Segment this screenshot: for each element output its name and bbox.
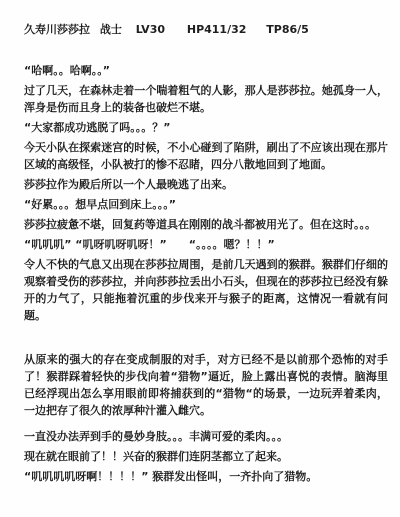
level-indicator: LV30 [136, 23, 165, 37]
tp-indicator: TP86/5 [266, 23, 309, 37]
story-paragraph-narration: 现在就在眼前了！！兴奋的猴群们连阴茎都立了起来。 [24, 448, 388, 465]
story-paragraph-dialogue: “大家都成功逃脱了吗。。。？” [24, 119, 388, 136]
story-section: 一直没办法弄到手的曼妙身肢。。。丰满可爱的柔肉。。。现在就在眼前了！！兴奋的猴群… [24, 428, 388, 485]
hp-indicator: HP411/32 [187, 23, 247, 37]
story-paragraph-narration: 一直没办法弄到手的曼妙身肢。。。丰满可爱的柔肉。。。 [24, 428, 388, 445]
story-paragraph-narration: 令人不快的气息又出现在莎莎拉周围，是前几天遇到的猴群。猴群们仔细的观察着受伤的莎… [24, 256, 388, 324]
story-paragraph-dialogue: “叽叽叽” “叽呀叽呀叽呀！” “。。。。嗯？！！” [24, 236, 388, 253]
story-paragraph-dialogue: “叽叽叽叽呀啊！！！！” 猴群发出怪叫，一齐扑向了猎物。 [24, 468, 388, 485]
story-page: 久寿川莎莎拉 战士 LV30 HP411/32 TP86/5 “哈啊。。哈啊。。… [0, 0, 400, 517]
story-section: “哈啊。。哈啊。。”过了几天，在森林走着一个喘着粗气的人影，那人是莎莎拉。她孤身… [24, 62, 388, 324]
story-section: 从原来的强大的存在变成制服的对手，对方已经不是以前那个恐怖的对手了！猴群踩着轻快… [24, 351, 388, 419]
character-class: 战士 [100, 23, 122, 37]
story-text: “哈啊。。哈啊。。”过了几天，在森林走着一个喘着粗气的人影，那人是莎莎拉。她孤身… [24, 62, 388, 485]
story-paragraph-dialogue: “哈啊。。哈啊。。” [24, 62, 388, 79]
story-paragraph-narration: 莎莎拉作为殿后所以一个人最晚逃了出来。 [24, 176, 388, 193]
status-bar: 久寿川莎莎拉 战士 LV30 HP411/32 TP86/5 [24, 23, 390, 37]
story-paragraph-narration: 过了几天，在森林走着一个喘着粗气的人影，那人是莎莎拉。她孤身一人，浑身是伤而且身… [24, 82, 388, 116]
story-paragraph-narration: 莎莎拉疲惫不堪，回复药等道具在刚刚的战斗都被用光了。但在这时。。。 [24, 216, 388, 233]
story-paragraph-narration: 从原来的强大的存在变成制服的对手，对方已经不是以前那个恐怖的对手了！猴群踩着轻快… [24, 351, 388, 419]
character-name: 久寿川莎莎拉 [24, 23, 90, 37]
story-paragraph-dialogue: “好累。。。想早点回到床上。。。” [24, 196, 388, 213]
story-paragraph-narration: 今天小队在探索迷宫的时候，不小心碰到了陷阱，刷出了不应该出现在那片区域的高级怪，… [24, 139, 388, 173]
